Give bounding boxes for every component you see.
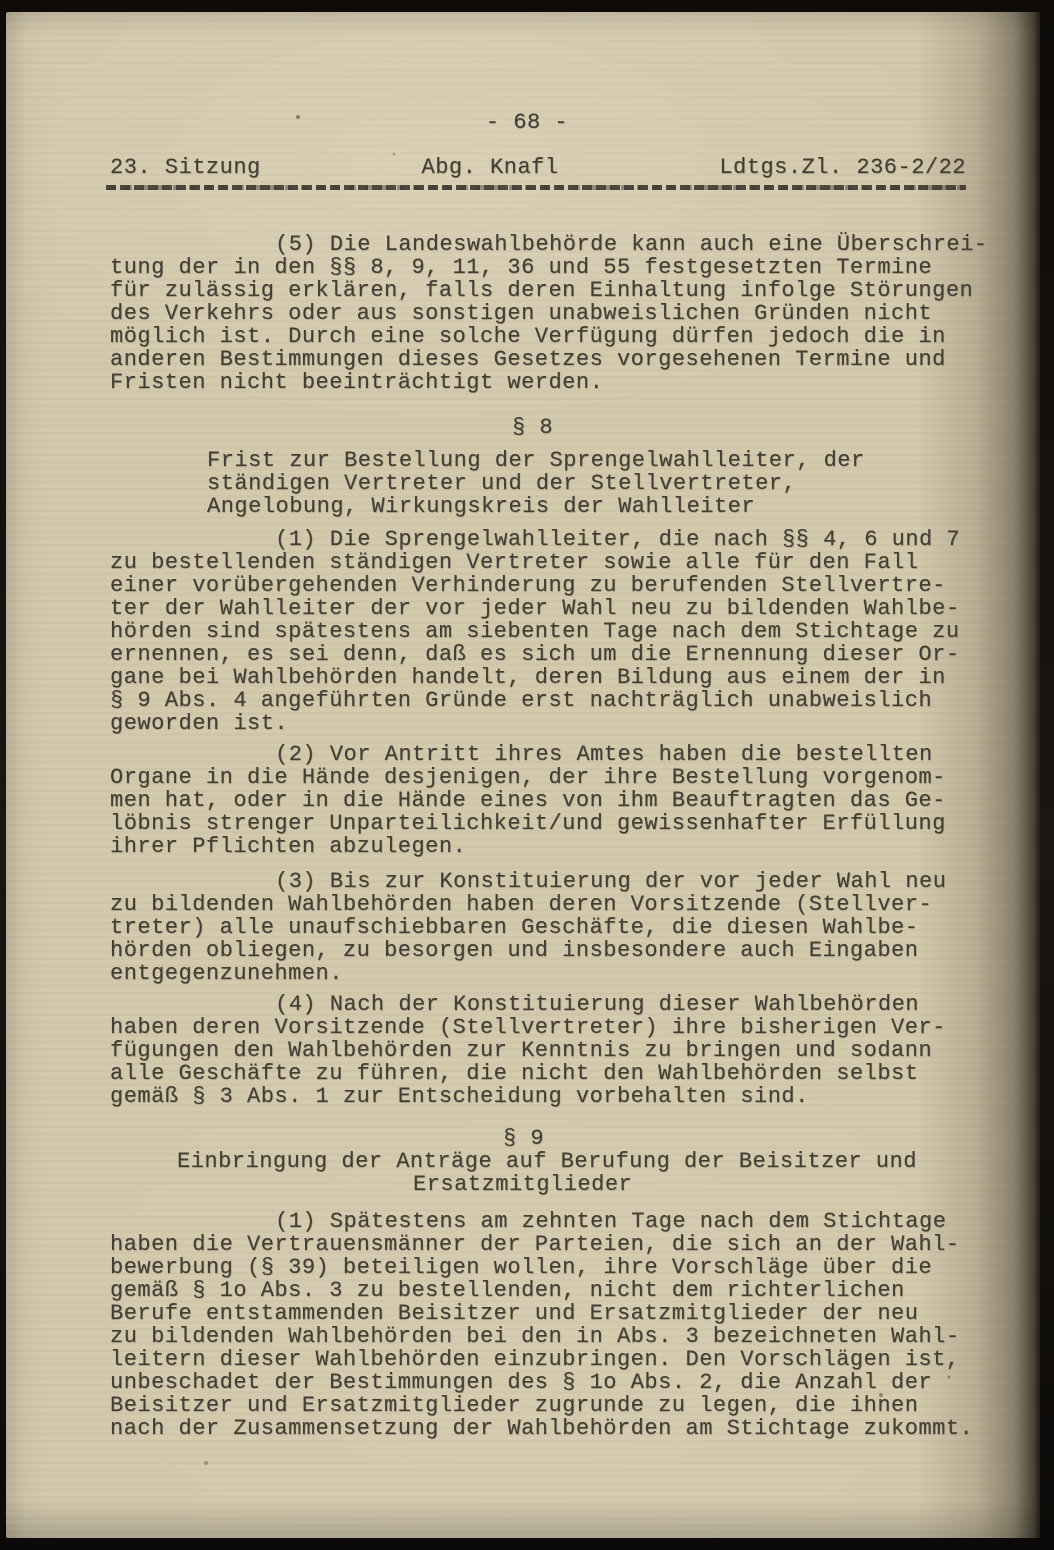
paragraph-5: (5) Die Landeswahlbehörde kann auch eine… bbox=[110, 233, 1020, 394]
section-8-paragraph-2: (2) Vor Antritt ihres Amtes haben die be… bbox=[110, 743, 1020, 858]
header-divider-dashed-rule bbox=[106, 185, 966, 190]
section-8-heading: § 8 bbox=[512, 416, 1020, 439]
document-body: (5) Die Landeswahlbehörde kann auch eine… bbox=[110, 233, 1020, 1440]
page-header: 23. Sitzung Abg. Knafl Ldtgs.Zl. 236-2/2… bbox=[110, 156, 966, 179]
section-9-heading: § 9 bbox=[503, 1127, 1020, 1150]
section-8-subtitle: Frist zur Bestellung der Sprengelwahllei… bbox=[207, 449, 1020, 518]
scanned-document-page: - 68 - 23. Sitzung Abg. Knafl Ldtgs.Zl. … bbox=[0, 0, 1054, 1550]
section-8-paragraph-4: (4) Nach der Konstituierung dieser Wahlb… bbox=[110, 993, 1020, 1108]
section-9-subtitle-line-1: Einbringung der Anträge auf Berufung der… bbox=[177, 1150, 1020, 1173]
session-label: 23. Sitzung bbox=[110, 156, 261, 179]
speaker-label: Abg. Knafl bbox=[422, 156, 559, 179]
section-8-paragraph-1: (1) Die Sprengelwahlleiter, die nach §§ … bbox=[110, 528, 1020, 735]
reference-number-label: Ldtgs.Zl. 236-2/22 bbox=[719, 156, 966, 179]
page-number: - 68 - bbox=[0, 111, 1054, 134]
section-9-subtitle-line-2: Ersatzmitglieder bbox=[413, 1173, 1020, 1196]
section-8-paragraph-3: (3) Bis zur Konstituierung der vor jeder… bbox=[110, 870, 1020, 985]
page-content: - 68 - 23. Sitzung Abg. Knafl Ldtgs.Zl. … bbox=[0, 0, 1054, 1550]
section-9-paragraph-1: (1) Spätestens am zehnten Tage nach dem … bbox=[110, 1210, 1020, 1440]
